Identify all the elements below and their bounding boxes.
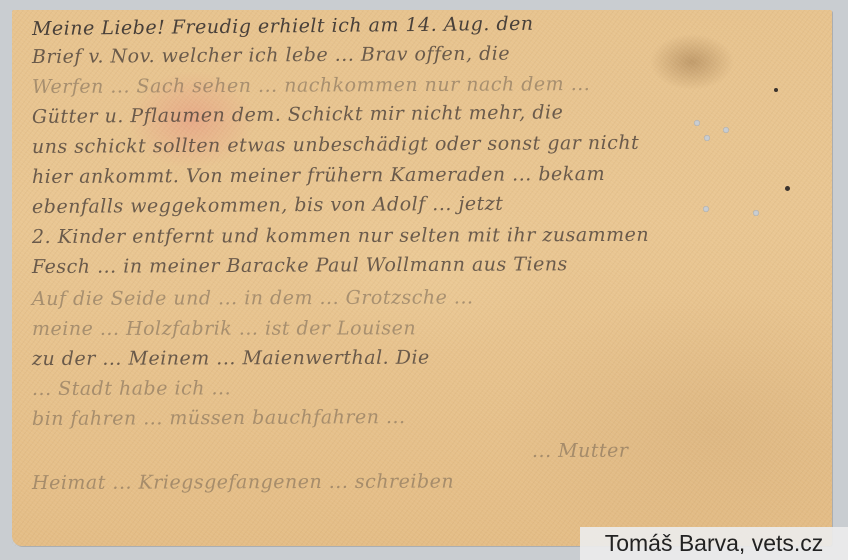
watermark-credit: Tomáš Barva, vets.cz [580, 527, 848, 560]
handwriting-line: Brief v. Nov. welcher ich lebe ... Brav … [32, 43, 510, 68]
ink-speck [774, 88, 778, 92]
handwriting-line: ... Stadt habe ich ... [32, 377, 231, 400]
handwriting-line: meine ... Holzfabrik ... ist der Louisen [32, 317, 416, 340]
paper-hole [703, 206, 709, 212]
handwriting-line: Gütter u. Pflaumen dem. Schickt mir nich… [32, 101, 563, 128]
handwriting-line: Werfen ... Sach sehen ... nachkommen nur… [32, 73, 590, 98]
handwriting-line: ... Mutter [532, 440, 629, 462]
paper-hole [704, 135, 710, 141]
paper-hole [723, 127, 729, 133]
handwriting-line: Heimat ... Kriegsgefangenen ... schreibe… [32, 471, 454, 494]
handwriting-line: zu der ... Meinem ... Maienwerthal. Die [32, 347, 430, 370]
handwriting-line: Auf die Seide und ... in dem ... Grotzsc… [32, 286, 474, 310]
paper-hole [694, 120, 700, 126]
handwriting-line: Meine Liebe! Freudig erhielt ich am 14. … [32, 13, 534, 40]
handwriting-line: hier ankommt. Von meiner frühern Kamerad… [32, 163, 605, 188]
handwriting-line: Fesch ... in meiner Baracke Paul Wollman… [32, 253, 568, 278]
handwriting-line: 2. Kinder entfernt und kommen nur selten… [32, 224, 649, 248]
handwriting-line: uns schickt sollten etwas unbeschädigt o… [32, 132, 639, 158]
ink-speck [785, 186, 790, 191]
handwriting-line: ebenfalls weggekommen, bis von Adolf ...… [32, 193, 503, 218]
handwriting-line: bin fahren ... müssen bauchfahren ... [32, 406, 406, 430]
paper-hole [753, 210, 759, 216]
postcard: Meine Liebe! Freudig erhielt ich am 14. … [12, 10, 832, 546]
